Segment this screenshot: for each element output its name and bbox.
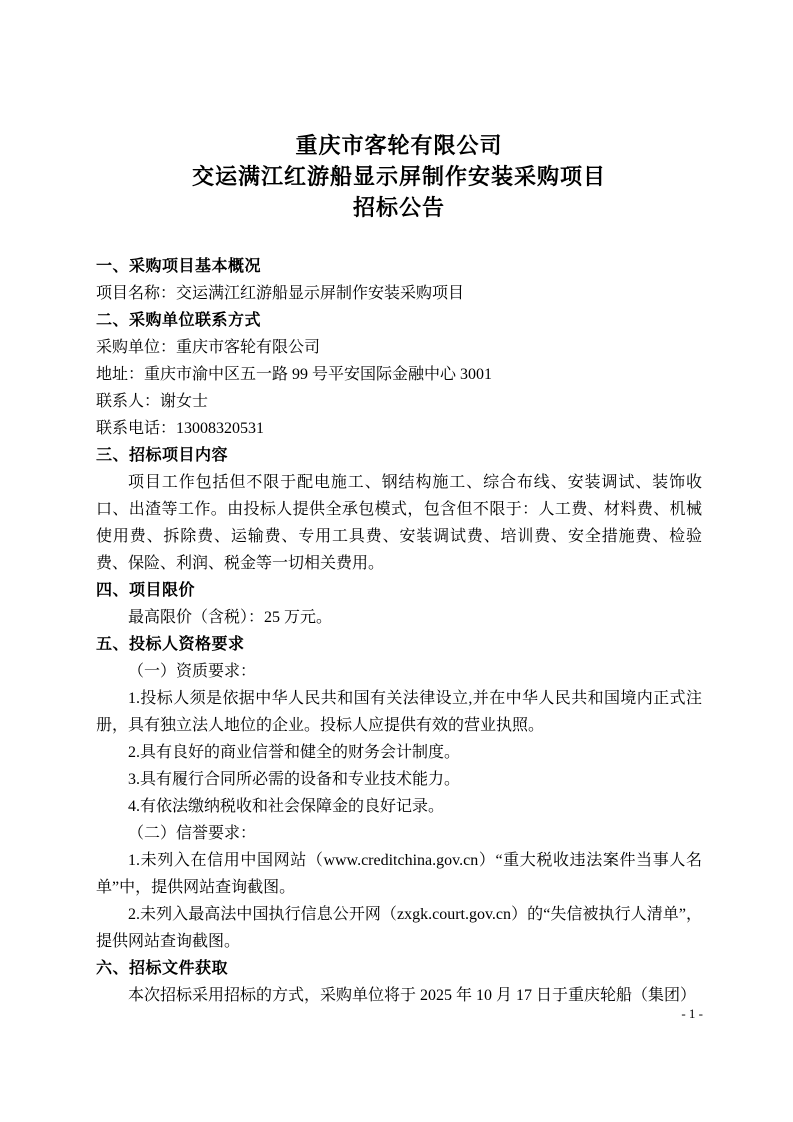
qualification-item-2: 2.具有良好的商业信誉和健全的财务会计制度。 [96,739,702,766]
document-content: 重庆市客轮有限公司 交运满江红游船显示屏制作安装采购项目 招标公告 一、采购项目… [96,130,702,1009]
credit-item-1: 1.未列入在信用中国网站（www.creditchina.gov.cn）“重大税… [96,847,702,901]
document-title: 重庆市客轮有限公司 交运满江红游船显示屏制作安装采购项目 招标公告 [96,130,702,223]
section-project-overview: 一、采购项目基本概况 项目名称：交运满江红游船显示屏制作安装采购项目 [96,253,702,307]
qualification-subheading: （一）资质要求： [96,658,702,685]
qualification-item-3: 3.具有履行合同所必需的设备和专业技术能力。 [96,766,702,793]
credit-item-2: 2.未列入最高法中国执行信息公开网（zxgk.court.gov.cn）的“失信… [96,901,702,955]
section-heading-contact-info: 二、采购单位联系方式 [96,307,702,334]
section-heading-project-overview: 一、采购项目基本概况 [96,253,702,280]
page-number: - 1 - [681,1005,703,1023]
section-heading-price-limit: 四、项目限价 [96,577,702,604]
title-line-announcement: 招标公告 [96,192,702,223]
section-heading-document-obtaining: 六、招标文件获取 [96,955,702,982]
section-document-obtaining: 六、招标文件获取 本次招标采用招标的方式，采购单位将于 2025 年 10 月 … [96,955,702,1009]
tender-scope-paragraph: 项目工作包括但不限于配电施工、钢结构施工、综合布线、安装调试、装饰收口、出渣等工… [96,469,702,577]
contact-phone-line: 联系电话：13008320531 [96,415,702,442]
section-tender-scope: 三、招标项目内容 项目工作包括但不限于配电施工、钢结构施工、综合布线、安装调试、… [96,442,702,577]
document-obtaining-paragraph: 本次招标采用招标的方式，采购单位将于 2025 年 10 月 17 日于重庆轮船… [96,982,702,1009]
section-heading-bidder-qualification: 五、投标人资格要求 [96,631,702,658]
document-page: 重庆市客轮有限公司 交运满江红游船显示屏制作安装采购项目 招标公告 一、采购项目… [0,0,793,1122]
credit-subheading: （二）信誉要求： [96,820,702,847]
title-line-project: 交运满江红游船显示屏制作安装采购项目 [96,161,702,192]
section-heading-tender-scope: 三、招标项目内容 [96,442,702,469]
section-contact-info: 二、采购单位联系方式 采购单位：重庆市客轮有限公司 地址：重庆市渝中区五一路 9… [96,307,702,442]
address-line: 地址：重庆市渝中区五一路 99 号平安国际金融中心 3001 [96,361,702,388]
purchaser-line: 采购单位：重庆市客轮有限公司 [96,334,702,361]
contact-person-line: 联系人：谢女士 [96,388,702,415]
price-limit-line: 最高限价（含税）：25 万元。 [96,604,702,631]
qualification-item-4: 4.有依法缴纳税收和社会保障金的良好记录。 [96,793,702,820]
qualification-item-1: 1.投标人须是依据中华人民共和国有关法律设立,并在中华人民共和国境内正式注册，具… [96,685,702,739]
section-bidder-qualification: 五、投标人资格要求 （一）资质要求： 1.投标人须是依据中华人民共和国有关法律设… [96,631,702,955]
title-line-company: 重庆市客轮有限公司 [96,130,702,161]
section-price-limit: 四、项目限价 最高限价（含税）：25 万元。 [96,577,702,631]
project-name-line: 项目名称：交运满江红游船显示屏制作安装采购项目 [96,280,702,307]
